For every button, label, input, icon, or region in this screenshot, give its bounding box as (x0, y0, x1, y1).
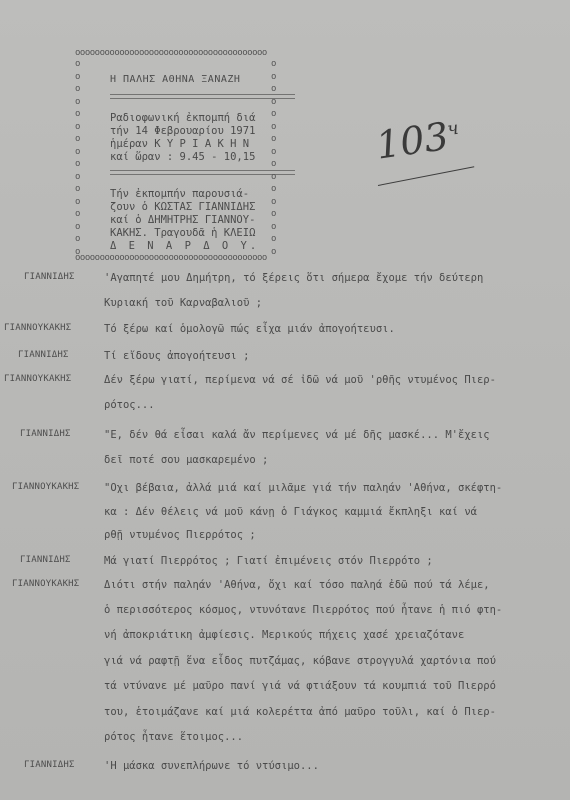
speaker-name: ΓΙΑΝΝΙΔΗΣ (20, 555, 71, 565)
dialogue-line: γιά νά ραφτῇ ἕνα εἶδος πυτζάμας, κόβανε … (104, 655, 496, 667)
speaker-name: ΓΙΑΝΝΙΔΗΣ (20, 429, 71, 439)
dialogue-line: ρότος... (104, 399, 155, 411)
dialogue-line: "Οχι βέβαια, ἀλλά μιά καί μιλᾶμε γιά τήν… (104, 482, 502, 494)
speaker-name: ΓΙΑΝΝΙΔΗΣ (24, 760, 75, 770)
dialogue-line: ρθῇ ντυμένος Πιερρότος ; (104, 529, 256, 541)
dialogue-line: Τό ξέρω καί ὁμολογῶ πώς εἶχα μιάν ἀπογοή… (104, 323, 395, 335)
box-line: καί ὥραν : 9.45 - 10,15 (110, 151, 255, 163)
handwritten-underline (378, 166, 474, 186)
speaker-name: ΓΙΑΝΝΙΔΗΣ (18, 350, 69, 360)
box-line: Δ Ε Ν Α Ρ Δ Ο Υ. (110, 240, 259, 252)
speaker-name: ΓΙΑΝΝΟΥΚΑΚΗΣ (12, 482, 79, 492)
box-line: ἡμέραν Κ Υ Ρ Ι Α Κ Η Ν (110, 138, 249, 150)
middle-rule (110, 170, 295, 175)
speaker-name: ΓΙΑΝΝΟΥΚΑΚΗΣ (12, 579, 79, 589)
dialogue-line: "Ε, δέν θά εἶσαι καλά ἄν περίμενες νά μέ… (104, 429, 490, 441)
program-title: Η ΠΑΛΗΣ ΑΘΗΝΑ ΞΑΝΑΖΗ (110, 74, 240, 85)
document-page: ooooooooooooooooooooooooooooooooooooooo … (0, 0, 570, 800)
dialogue-line: νή ἀποκριάτικη ἀμφίεσις. Μερικούς πήχεις… (104, 629, 464, 641)
dialogue-line: κα : Δέν θέλεις νά μοῦ κάνῃ ὁ Γιάγκος κα… (104, 506, 477, 518)
box-border-right: o o o o o o o o o o o o o o o o (271, 58, 279, 258)
dialogue-line: 'Η μάσκα συνεπλήρωνε τό ντύσιμο... (104, 760, 319, 772)
speaker-name: ΓΙΑΝΝΟΥΚΑΚΗΣ (4, 323, 71, 333)
dialogue-line: Δέν ξέρω γιατί, περίμενα νά σέ ἰδῶ νά μο… (104, 374, 496, 386)
dialogue-line: Μά γιατί Πιερρότος ; Γιατί ἐπιμένεις στό… (104, 555, 433, 567)
dialogue-line: Τί εἴδους ἀπογοήτευσι ; (104, 350, 249, 362)
handwritten-page-number: 103ч (373, 112, 462, 167)
box-line: Ραδιοφωνική ἐκπομπή διά (110, 112, 255, 124)
box-line: ζουν ὁ ΚΩΣΤΑΣ ΓΙΑΝΝΙΔΗΣ (110, 201, 255, 213)
box-line: καί ὁ ΔΗΜΗΤΡΗΣ ΓΙΑΝΝΟΥ- (110, 214, 255, 226)
box-line: Τήν ἐκπομπήν παρουσιά- (110, 188, 249, 200)
speaker-name: ΓΙΑΝΝΟΥΚΑΚΗΣ (4, 374, 71, 384)
title-rule (110, 94, 295, 99)
dialogue-line: ὁ περισσότερος κόσμος, ντυνότανε Πιερρότ… (104, 604, 502, 616)
dialogue-line: 'Αγαπητέ μου Δημήτρη, τό ξέρεις ὅτι σήμε… (104, 272, 483, 284)
dialogue-line: του, ἑτοιμάζανε καί μιά κολερέττα ἀπό μα… (104, 706, 496, 718)
box-line: ΚΑΚΗΣ. Τραγουδᾶ ἡ ΚΛΕΙΩ (110, 227, 255, 239)
box-border-top: ooooooooooooooooooooooooooooooooooooooo (75, 48, 267, 58)
dialogue-line: Διότι στήν παληάν 'Αθήνα, ὄχι καί τόσο π… (104, 579, 490, 591)
box-border-left: o o o o o o o o o o o o o o o o (75, 58, 83, 258)
dialogue-line: ρότος ἦτανε ἕτοιμος... (104, 731, 243, 743)
speaker-name: ΓΙΑΝΝΙΔΗΣ (24, 272, 75, 282)
dialogue-line: δεῖ ποτέ σου μασκαρεμένο ; (104, 454, 268, 466)
header-box: ooooooooooooooooooooooooooooooooooooooo … (83, 48, 268, 256)
box-line: τήν 14 Φεβρουαρίου 1971 (110, 125, 255, 137)
dialogue-line: τά ντύνανε μέ μαῦρο πανί γιά νά φτιάξουν… (104, 680, 496, 692)
box-border-bottom: ooooooooooooooooooooooooooooooooooooooo (75, 253, 267, 263)
dialogue-line: Κυριακή τοῦ Καρναβαλιοῦ ; (104, 297, 262, 309)
